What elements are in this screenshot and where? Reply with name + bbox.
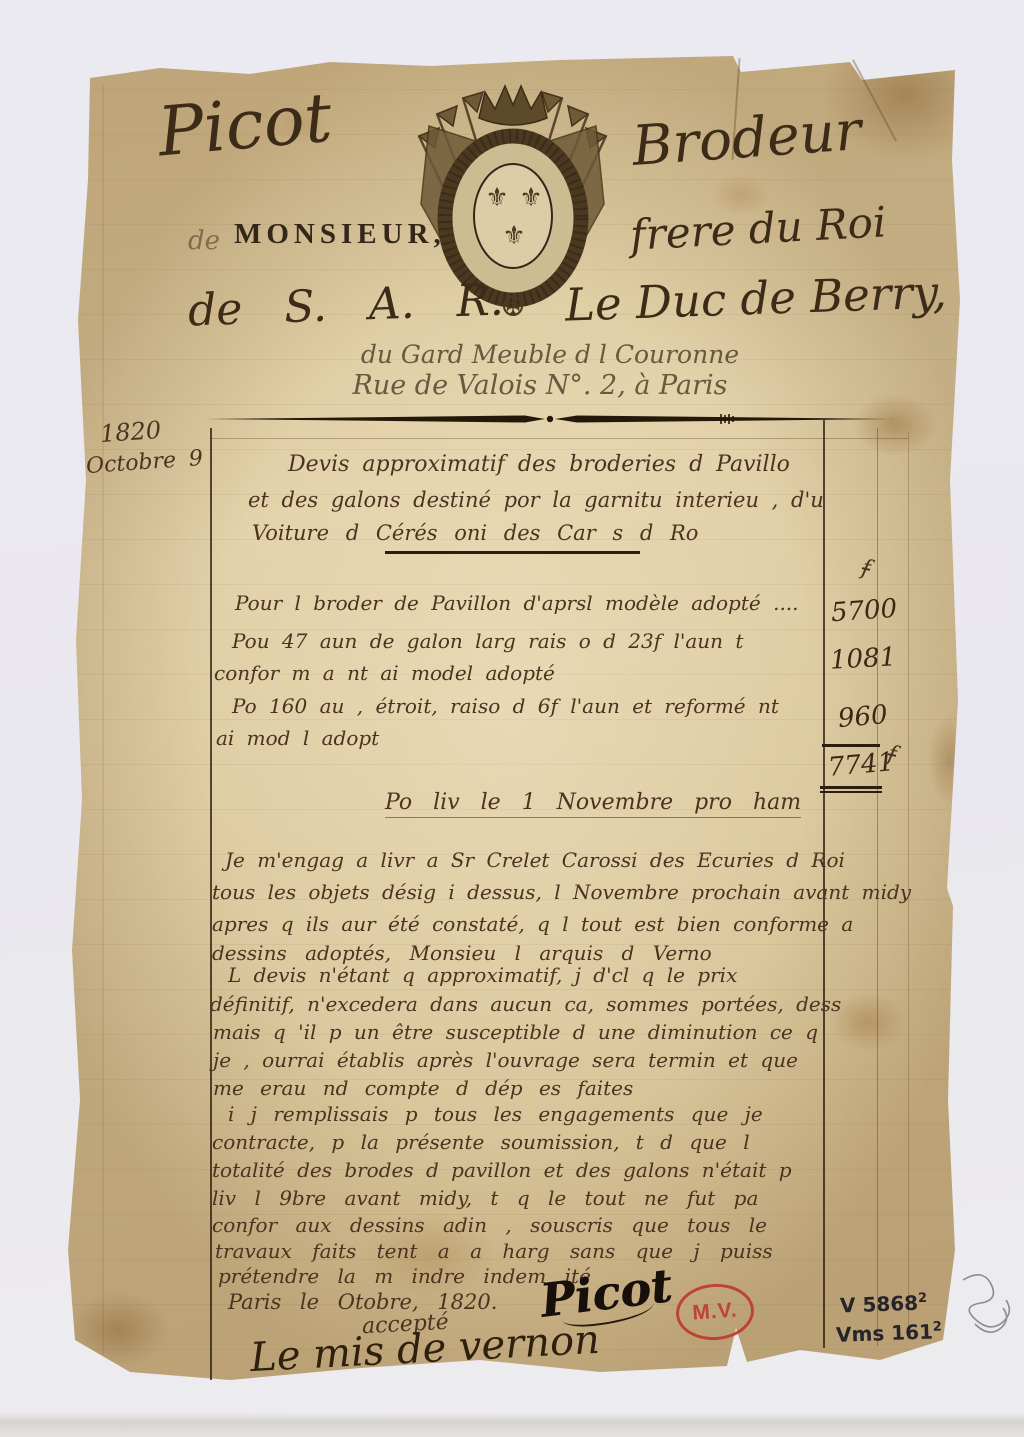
photograph-of-document: Picot Brodeur xyxy=(0,0,1024,1437)
total-rule-top xyxy=(822,744,880,747)
margin-date: Octobre 9 xyxy=(85,446,204,479)
paragraph-3-line-4: liv l 9bre avant midy, t q le tout ne fu… xyxy=(212,1186,758,1210)
paragraph-3-line-3: totalité des brodes d pavillon et des ga… xyxy=(212,1158,792,1182)
catalog-number-1-text: V 5868 xyxy=(840,1291,919,1318)
paragraph-1-line-1: Je m'engag a livr a Sr Crelet Carossi de… xyxy=(225,848,845,872)
paragraph-2-line-4: je , ourrai établis après l'ouvrage sera… xyxy=(213,1048,798,1072)
devis-title-line-2: et des galons destiné por la garnitu int… xyxy=(248,488,824,512)
letterhead-of-prefix: de xyxy=(188,226,220,256)
letterhead-garde-meuble: du Gard Meuble d l Couronne xyxy=(320,340,780,369)
catalog-number-2-text: Vms 161 xyxy=(836,1319,934,1346)
devis-title-line-1: Devis approximatif des broderies d Pavil… xyxy=(288,452,790,477)
total-rule-bottom-2 xyxy=(820,791,882,793)
vernon-signature: Le mis de vernon xyxy=(249,1317,601,1381)
mv-stamp: M.V. xyxy=(674,1281,756,1342)
paragraph-3-line-1: i j remplissais p tous les engagements q… xyxy=(228,1102,763,1126)
catalog-number-1: V 58682 xyxy=(840,1290,928,1317)
letterhead-sar: de S. A. R. xyxy=(187,275,504,337)
letterhead-address: Rue de Valois N°. 2, à Paris xyxy=(300,370,780,401)
mv-stamp-text: M.V. xyxy=(692,1298,739,1325)
item-3-line-2: ai mod l adopt xyxy=(216,726,379,750)
paragraph-1-line-3: apres q ils aur été constaté, q l tout e… xyxy=(212,912,853,936)
wire-squiggle xyxy=(925,1272,1020,1377)
paragraph-3-line-5: confor aux dessins adin , souscris que t… xyxy=(212,1213,767,1237)
svg-text:⚜: ⚜ xyxy=(519,183,542,213)
paragraph-3-line-6: travaux faits tent a a harg sans que j p… xyxy=(215,1239,773,1263)
letterhead-duc-de-berry: Le Duc de Berry, xyxy=(564,265,947,331)
order-cross-icon: ✠ xyxy=(506,299,520,319)
svg-text:⚜: ⚜ xyxy=(485,183,508,213)
closing-dateline: Paris le Otobre, 1820. xyxy=(228,1290,497,1314)
ornament-rule xyxy=(205,412,895,426)
letterhead-name: Picot xyxy=(155,79,335,173)
item-3-amount: 960 xyxy=(837,700,889,734)
table-left-rule xyxy=(210,428,212,1380)
letterhead-frere-du-roi: frere du Roi xyxy=(629,197,888,259)
margin-year: 1820 xyxy=(99,416,162,448)
crown-icon xyxy=(479,86,547,125)
devis-title-line-3: Voiture d Cérés oni des Car s d Ro xyxy=(252,521,698,545)
total-currency-mark: f xyxy=(885,741,898,767)
delivery-heading: Po liv le 1 Novembre pro ham xyxy=(385,790,801,818)
item-2-amount: 1081 xyxy=(829,642,897,675)
item-1-line-1: Pour l broder de Pavillon d'aprsl modèle… xyxy=(235,591,799,615)
title-underline xyxy=(385,551,640,554)
svg-text:⚜: ⚜ xyxy=(502,221,525,251)
paragraph-2-line-3: mais q 'il p un être susceptible d une d… xyxy=(213,1020,818,1044)
item-2-line-1: Pou 47 aun de galon larg rais o d 23f l'… xyxy=(232,629,743,653)
item-1-currency-mark: f xyxy=(859,555,872,581)
item-1-amount: 5700 xyxy=(830,594,898,629)
paragraph-3-line-2: contracte, p la présente soumission, t d… xyxy=(212,1130,750,1154)
item-2-line-2: confor m a nt ai model adopté xyxy=(214,661,555,685)
paragraph-3-line-7: prétendre la m indre indem ité xyxy=(218,1264,591,1288)
paragraph-1-line-4: dessins adoptés, Monsieu l arquis d Vern… xyxy=(212,941,712,965)
letterhead-monsieur: MONSIEUR, xyxy=(234,218,446,251)
letterhead-profession: Brodeur xyxy=(630,98,863,178)
paragraph-2-line-1: L devis n'étant q approximatif, j d'cl q… xyxy=(228,963,737,987)
paragraph-2-line-2: définitif, n'excedera dans aucun ca, som… xyxy=(210,992,841,1016)
paragraph-2-line-5: me erau nd compte d dép es faites xyxy=(213,1076,633,1100)
item-3-line-1: Po 160 au , étroit, raiso d 6f l'aun et … xyxy=(232,694,779,718)
paragraph-1-line-2: tous les objets désig i dessus, l Novemb… xyxy=(212,880,911,904)
total-rule-bottom-1 xyxy=(820,786,882,789)
table-top-rule xyxy=(210,438,908,439)
